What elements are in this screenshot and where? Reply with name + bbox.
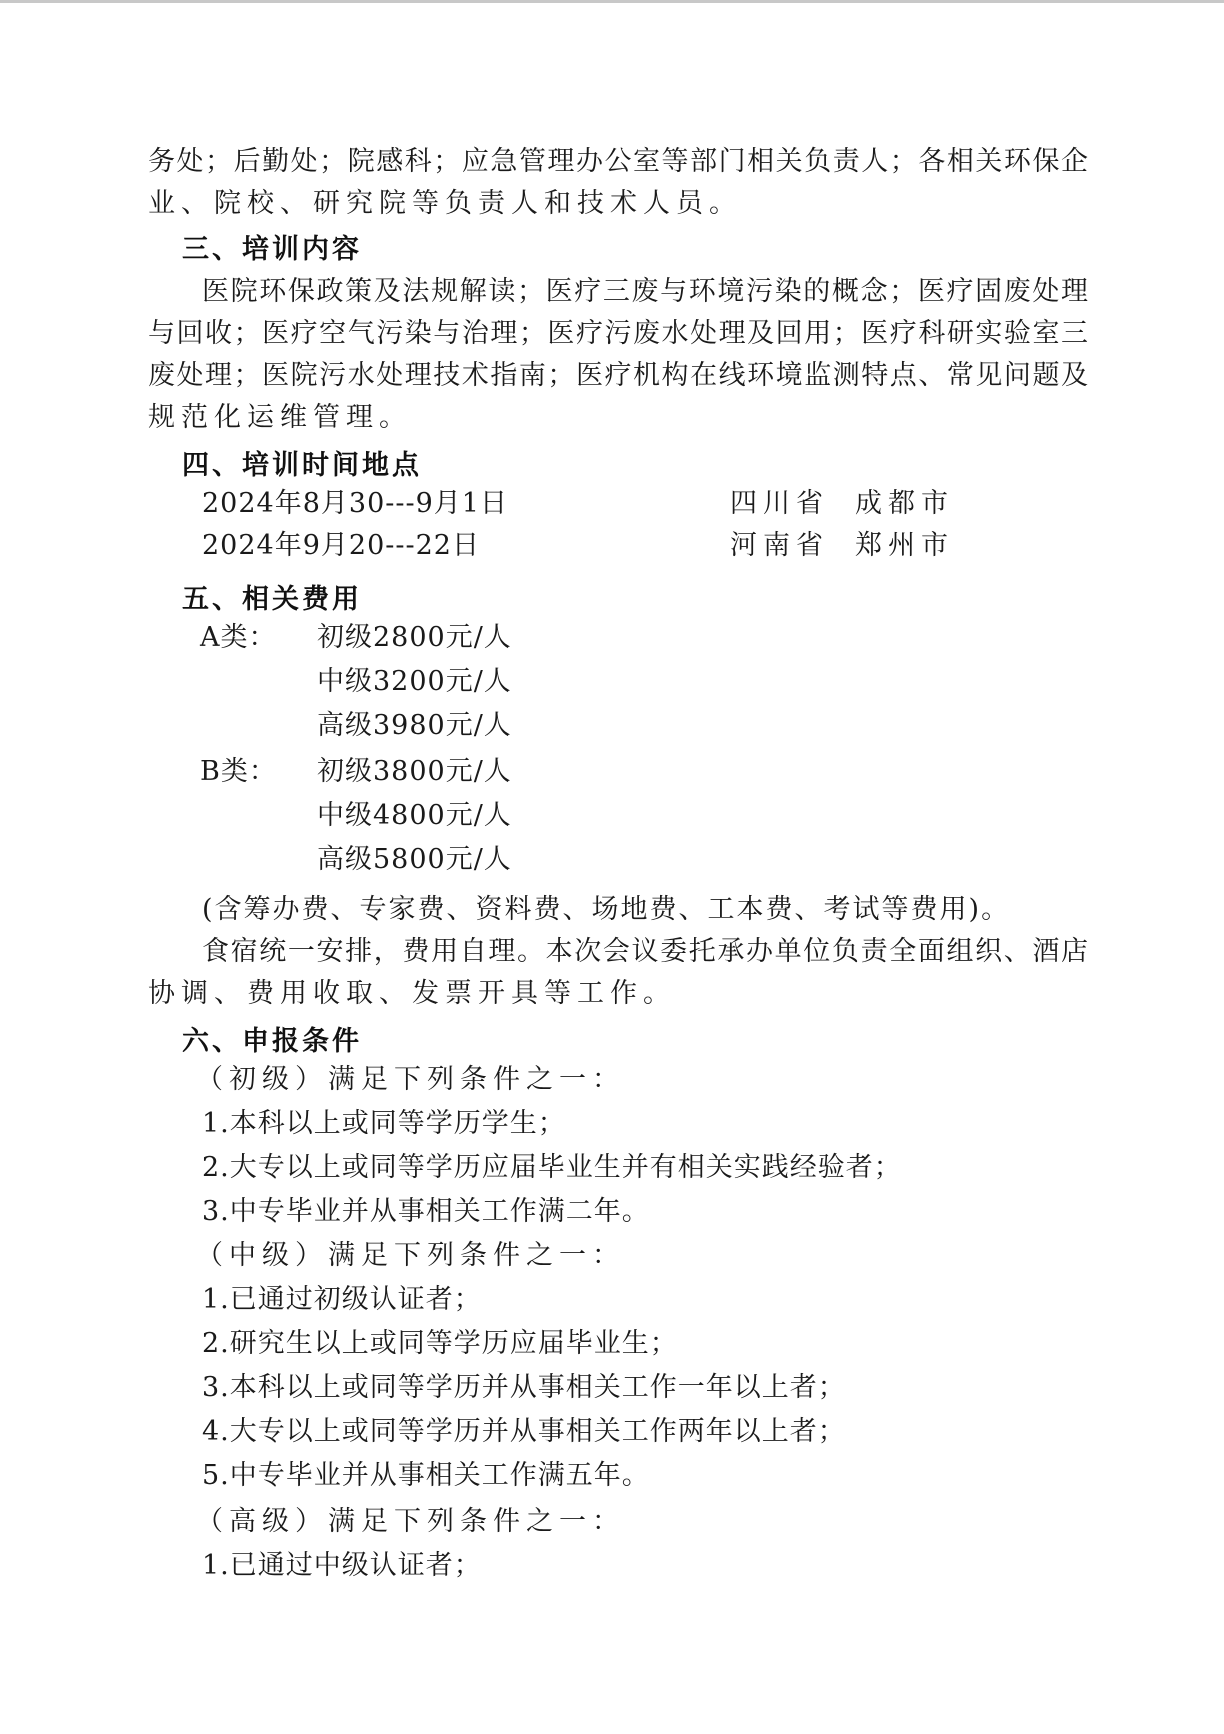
- eligibility-intermediate-item-3: 3.本科以上或同等学历并从事相关工作一年以上者；: [202, 1366, 846, 1410]
- eligibility-senior-item-1: 1.已通过中级认证者；: [202, 1544, 482, 1588]
- section3-line-2: 与回收；医疗空气污染与治理；医疗污废水处理及回用；医疗科研实验室三: [148, 312, 1088, 356]
- eligibility-intermediate-item-4: 4.大专以上或同等学历并从事相关工作两年以上者；: [202, 1410, 846, 1454]
- fee-inclusion-note: (含筹办费、专家费、资料费、场地费、工本费、考试等费用)。: [202, 888, 1010, 932]
- eligibility-junior-item-1: 1.本科以上或同等学历学生；: [202, 1102, 566, 1146]
- session-2-province: 河南省: [730, 524, 829, 568]
- eligibility-junior-title: （初级）满足下列条件之一：: [196, 1058, 625, 1102]
- eligibility-junior-item-2: 2.大专以上或同等学历应届毕业生并有相关实践经验者；: [202, 1146, 902, 1190]
- eligibility-intermediate-item-2: 2.研究生以上或同等学历应届毕业生；: [202, 1322, 678, 1366]
- section3-line-3: 废处理；医院污水处理技术指南；医疗机构在线环境监测特点、常见问题及: [148, 354, 1088, 398]
- session-1-province: 四川省: [730, 482, 829, 526]
- fee-b-intermediate: 中级4800元/人: [317, 794, 512, 838]
- session-1-city: 成都市: [855, 482, 954, 526]
- section3-line-4: 规范化运维管理。: [148, 396, 412, 440]
- fee-b-junior: 初级3800元/人: [317, 750, 512, 794]
- session-1-date: 2024年8月30---9月1日: [202, 482, 508, 526]
- eligibility-senior-title: （高级）满足下列条件之一：: [196, 1500, 625, 1544]
- document-page: 务处；后勤处；院感科；应急管理办公室等部门相关负责人；各相关环保企 业、院校、研…: [0, 0, 1224, 1734]
- session-2-city: 郑州市: [855, 524, 954, 568]
- section3-line-1: 医院环保政策及法规解读；医疗三废与环境污染的概念；医疗固废处理: [202, 270, 1088, 314]
- fee-a-junior: 初级2800元/人: [317, 616, 512, 660]
- intro-line-1: 务处；后勤处；院感科；应急管理办公室等部门相关负责人；各相关环保企: [148, 140, 1088, 184]
- fee-category-b-label: B类：: [200, 750, 277, 794]
- eligibility-intermediate-item-1: 1.已通过初级认证者；: [202, 1278, 482, 1322]
- lodging-line-1: 食宿统一安排，费用自理。本次会议委托承办单位负责全面组织、酒店: [202, 930, 1088, 974]
- eligibility-intermediate-item-5: 5.中专毕业并从事相关工作满五年。: [202, 1454, 650, 1498]
- section-heading-training-content: 三、培训内容: [182, 228, 362, 272]
- fee-b-senior: 高级5800元/人: [317, 838, 512, 882]
- fee-category-a-label: A类：: [200, 616, 277, 660]
- lodging-line-2: 协调、费用收取、发票开具等工作。: [148, 972, 676, 1016]
- fee-a-intermediate: 中级3200元/人: [317, 660, 512, 704]
- fee-a-senior: 高级3980元/人: [317, 704, 512, 748]
- eligibility-junior-item-3: 3.中专毕业并从事相关工作满二年。: [202, 1190, 650, 1234]
- eligibility-intermediate-title: （中级）满足下列条件之一：: [196, 1234, 625, 1278]
- session-2-date: 2024年9月20---22日: [202, 524, 480, 568]
- intro-line-2: 业、院校、研究院等负责人和技术人员。: [148, 182, 742, 226]
